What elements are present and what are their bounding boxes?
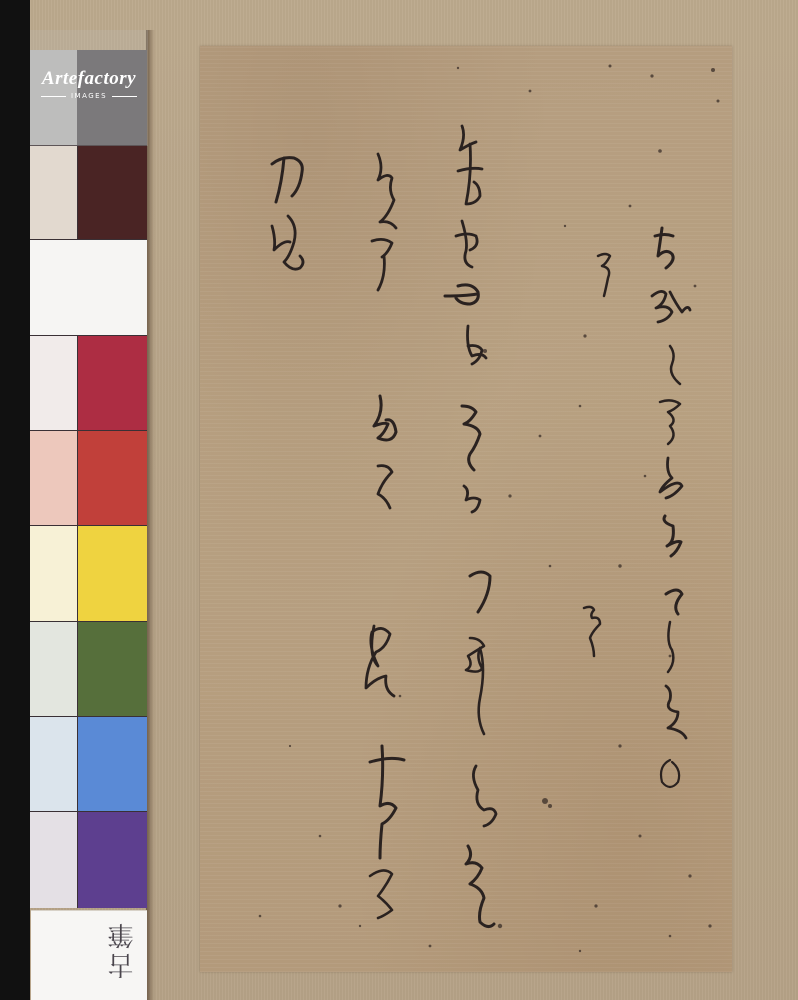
patch-purple [77,812,147,908]
watermark-rule-right [112,96,137,97]
watermark-rule-left [41,96,66,97]
black-border-strip [0,0,30,1000]
patch-orange [77,431,147,526]
chart-divider [30,525,147,526]
chart-divider [30,716,147,717]
chart-divider [30,335,147,336]
chart-divider [77,146,78,240]
patch-brown [77,146,147,240]
patch-blue-light [30,717,77,812]
patch-white [30,240,147,336]
patch-red-light [30,336,77,431]
patch-blue [77,717,147,812]
color-calibration-chart [30,46,148,910]
watermark-logo: Artefactory IMAGES [30,68,148,100]
patch-purple-light [30,812,77,908]
patch-yellow-light [30,526,77,622]
patch-yellow [77,526,147,622]
patch-green-light [30,622,77,717]
watermark-subtitle: IMAGES [71,92,107,100]
chart-divider [77,336,78,908]
calligraphy-ink-strokes [200,46,732,972]
calligraphy-manuscript [200,46,732,972]
watermark-subtitle-row: IMAGES [30,92,148,100]
patch-green [77,622,147,717]
watermark-title: Artefactory [30,68,148,90]
chart-divider [30,811,147,812]
chart-divider [30,430,147,431]
patch-orange-light [30,431,77,526]
patch-red [77,336,147,431]
patch-brown-light [30,146,77,240]
chart-divider [30,239,147,240]
chart-divider [30,621,147,622]
catalog-label-card: 古筆 [31,910,147,1000]
catalog-label-text: 古筆 [104,919,141,979]
